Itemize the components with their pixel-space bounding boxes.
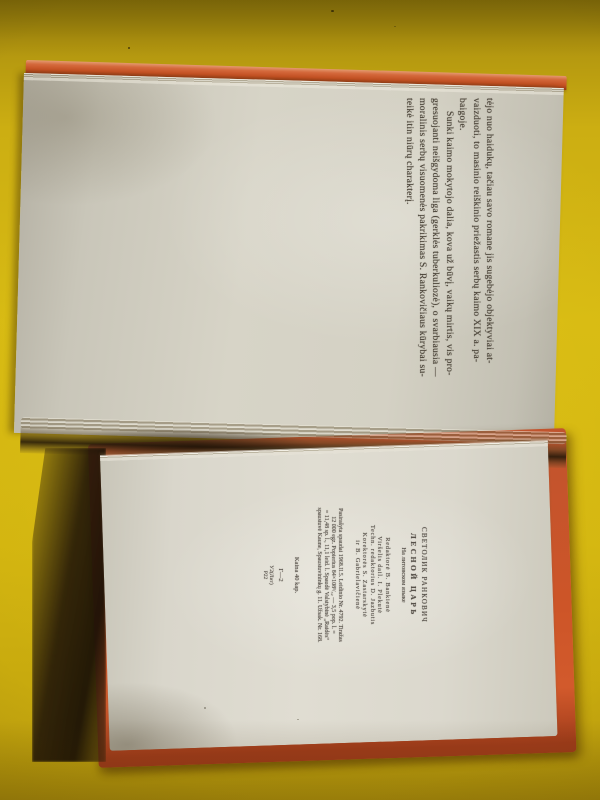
colophon-imprint-block: Pasirašyta spaudai 1968.II.5. Leidinio N… <box>315 468 343 682</box>
colophon-language-line: На литовском языке <box>400 468 407 682</box>
body-text-line: gresuojanti neišgydoma liga (gerklės tub… <box>429 98 442 390</box>
colophon-author-line: СВЕТОЛИК РАНКОВИЧ <box>420 468 428 682</box>
colophon-imprint-line: = 11,48 sp. l., 11,1 leid. l. Spaudė Val… <box>322 468 329 682</box>
index-code-line: Г—2 <box>277 468 284 682</box>
body-text-line: vaizduoti, to masinio reiškinio priežast… <box>469 98 482 390</box>
colophon-staff-line: Viršelis dail. I. Plekutė <box>376 468 384 682</box>
colophon-staff-line: Korektorės S. Zastarskytė <box>361 468 369 682</box>
colophon-text: СВЕТОЛИК РАНКОВИЧ ЛЕСНОЙ ЦАРЬ На литовск… <box>261 468 428 682</box>
body-text-line: moralinis serbų visuomenės pakrikimas S.… <box>416 98 429 390</box>
body-text-line: teikė itin niūrų charakterį. <box>402 98 415 390</box>
dust-speck <box>128 47 130 49</box>
body-text-line: tėjo nuo haidukų, tačiau savo romane jis… <box>483 98 496 390</box>
dust-speck <box>331 10 334 12</box>
book-photo: tėjo nuo haidukų, tačiau savo romane jis… <box>0 0 600 800</box>
body-text-line: Sunki kaimo mokytojo dalia, kova už būvį… <box>442 98 455 390</box>
colophon-imprint-line: Pasirašyta spaudai 1968.II.5. Leidinio N… <box>336 468 343 682</box>
body-text-line: baigoje. <box>456 98 469 390</box>
cover-shadow-wedge <box>32 448 106 762</box>
colophon-staff-line: Redaktorė B. Bankienė <box>383 468 391 682</box>
colophon-imprint-line: spaustuvė Kaune, Spaustuvininkų g. 11. U… <box>315 468 322 682</box>
catalog-code-line: У2(Лит) <box>267 468 273 682</box>
colophon-staff-line: Techn. redaktorius D. Jazbutis <box>368 468 376 682</box>
catalog-code-line: Р22 <box>261 468 267 682</box>
colophon-staff-block: Redaktorė B. Bankienė Viršelis dail. I. … <box>353 468 391 682</box>
catalog-code-block: У2(Лит) Р22 <box>261 468 273 682</box>
colophon-staff-line: ir B. Gabrielavičienė <box>353 468 361 682</box>
colophon-title-line: ЛЕСНОЙ ЦАРЬ <box>409 468 418 682</box>
dust-speck <box>297 719 299 720</box>
colophon-imprint-line: 12 000 egz. Popierius 84×108¹/₃₂ — 3,5 p… <box>329 468 336 682</box>
dust-speck <box>394 26 396 27</box>
dust-speck <box>204 707 206 709</box>
price-line: Kaina 40 kap. <box>293 468 300 682</box>
upper-page-text: tėjo nuo haidukų, tačiau savo romane jis… <box>402 98 496 390</box>
